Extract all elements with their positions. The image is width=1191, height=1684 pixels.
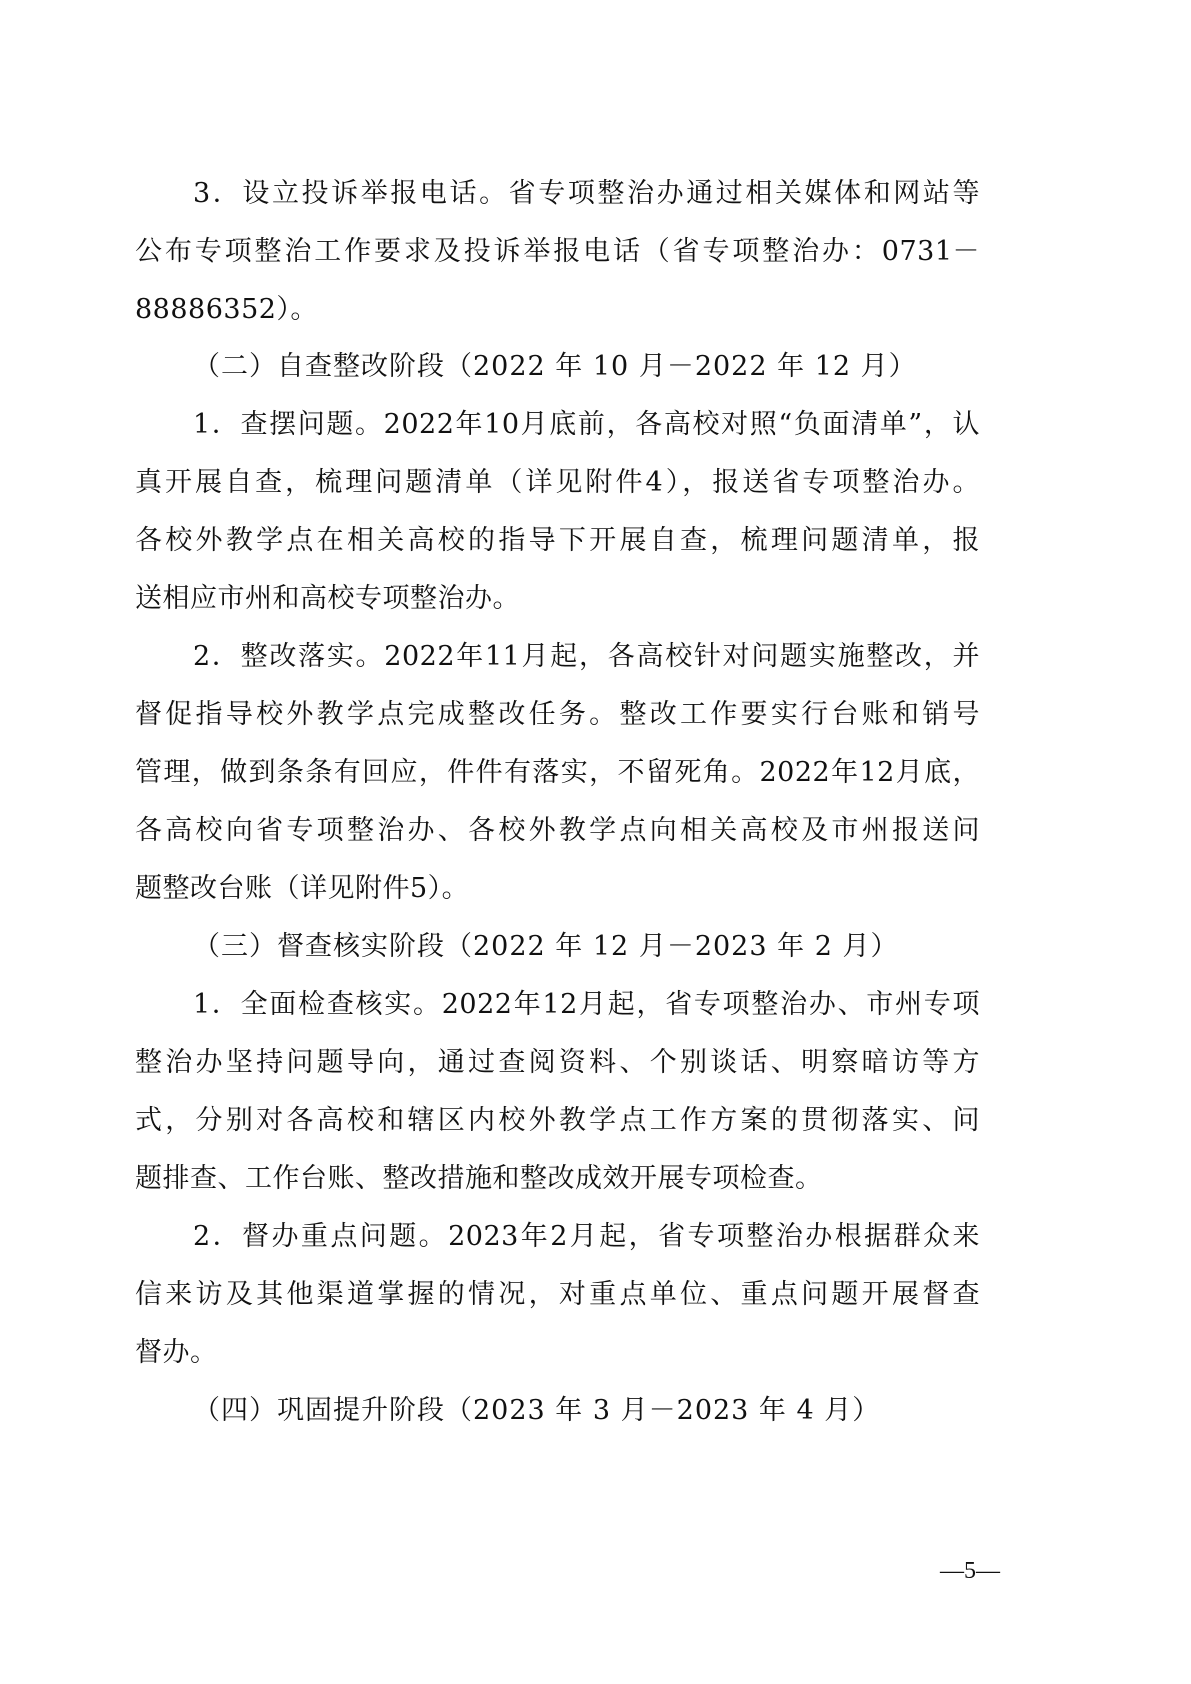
paragraph-line: 公布专项整治工作要求及投诉举报电话（省专项整治办：0731－ — [135, 235, 980, 269]
paragraph-line: 式，分别对各高校和辖区内校外教学点工作方案的贯彻落实、问 — [135, 1104, 980, 1138]
paragraph-line: 整治办坚持问题导向，通过查阅资料、个别谈话、明察暗访等方 — [135, 1046, 980, 1080]
paragraph-line: 督办。 — [135, 1336, 980, 1370]
paragraph-line: 送相应市州和高校专项整治办。 — [135, 582, 980, 616]
paragraph-line: 题排查、工作台账、整改措施和整改成效开展专项检查。 — [135, 1162, 980, 1196]
paragraph-line: 各高校向省专项整治办、各校外教学点向相关高校及市州报送问 — [135, 814, 980, 848]
paragraph-line: 3．设立投诉举报电话。省专项整治办通过相关媒体和网站等 — [193, 177, 980, 211]
paragraph-line: 2．督办重点问题。2023年2月起，省专项整治办根据群众来 — [193, 1220, 980, 1254]
paragraph-line: 管理，做到条条有回应，件件有落实，不留死角。2022年12月底， — [135, 756, 980, 790]
paragraph-line: 88886352）。 — [135, 293, 980, 327]
paragraph-line: 各校外教学点在相关高校的指导下开展自查，梳理问题清单，报 — [135, 524, 980, 558]
page-number: —5— — [940, 1556, 1000, 1586]
paragraph-line: 督促指导校外教学点完成整改任务。整改工作要实行台账和销号 — [135, 698, 980, 732]
section-heading-4: （四）巩固提升阶段（2023 年 3 月－2023 年 4 月） — [193, 1394, 880, 1428]
section-heading-2: （二）自查整改阶段（2022 年 10 月－2022 年 12 月） — [193, 350, 917, 384]
section-heading-3: （三）督查核实阶段（2022 年 12 月－2023 年 2 月） — [193, 930, 898, 964]
paragraph-line: 1．查摆问题。2022年10月底前，各高校对照“负面清单”，认 — [193, 408, 980, 442]
paragraph-line: 2．整改落实。2022年11月起，各高校针对问题实施整改，并 — [193, 640, 980, 674]
paragraph-line: 题整改台账（详见附件5）。 — [135, 872, 980, 906]
paragraph-line: 1．全面检查核实。2022年12月起，省专项整治办、市州专项 — [193, 988, 980, 1022]
paragraph-line: 真开展自查，梳理问题清单（详见附件4），报送省专项整治办。 — [135, 466, 980, 500]
paragraph-line: 信来访及其他渠道掌握的情况，对重点单位、重点问题开展督查 — [135, 1278, 980, 1312]
document-page: 3．设立投诉举报电话。省专项整治办通过相关媒体和网站等 公布专项整治工作要求及投… — [0, 0, 1191, 1684]
